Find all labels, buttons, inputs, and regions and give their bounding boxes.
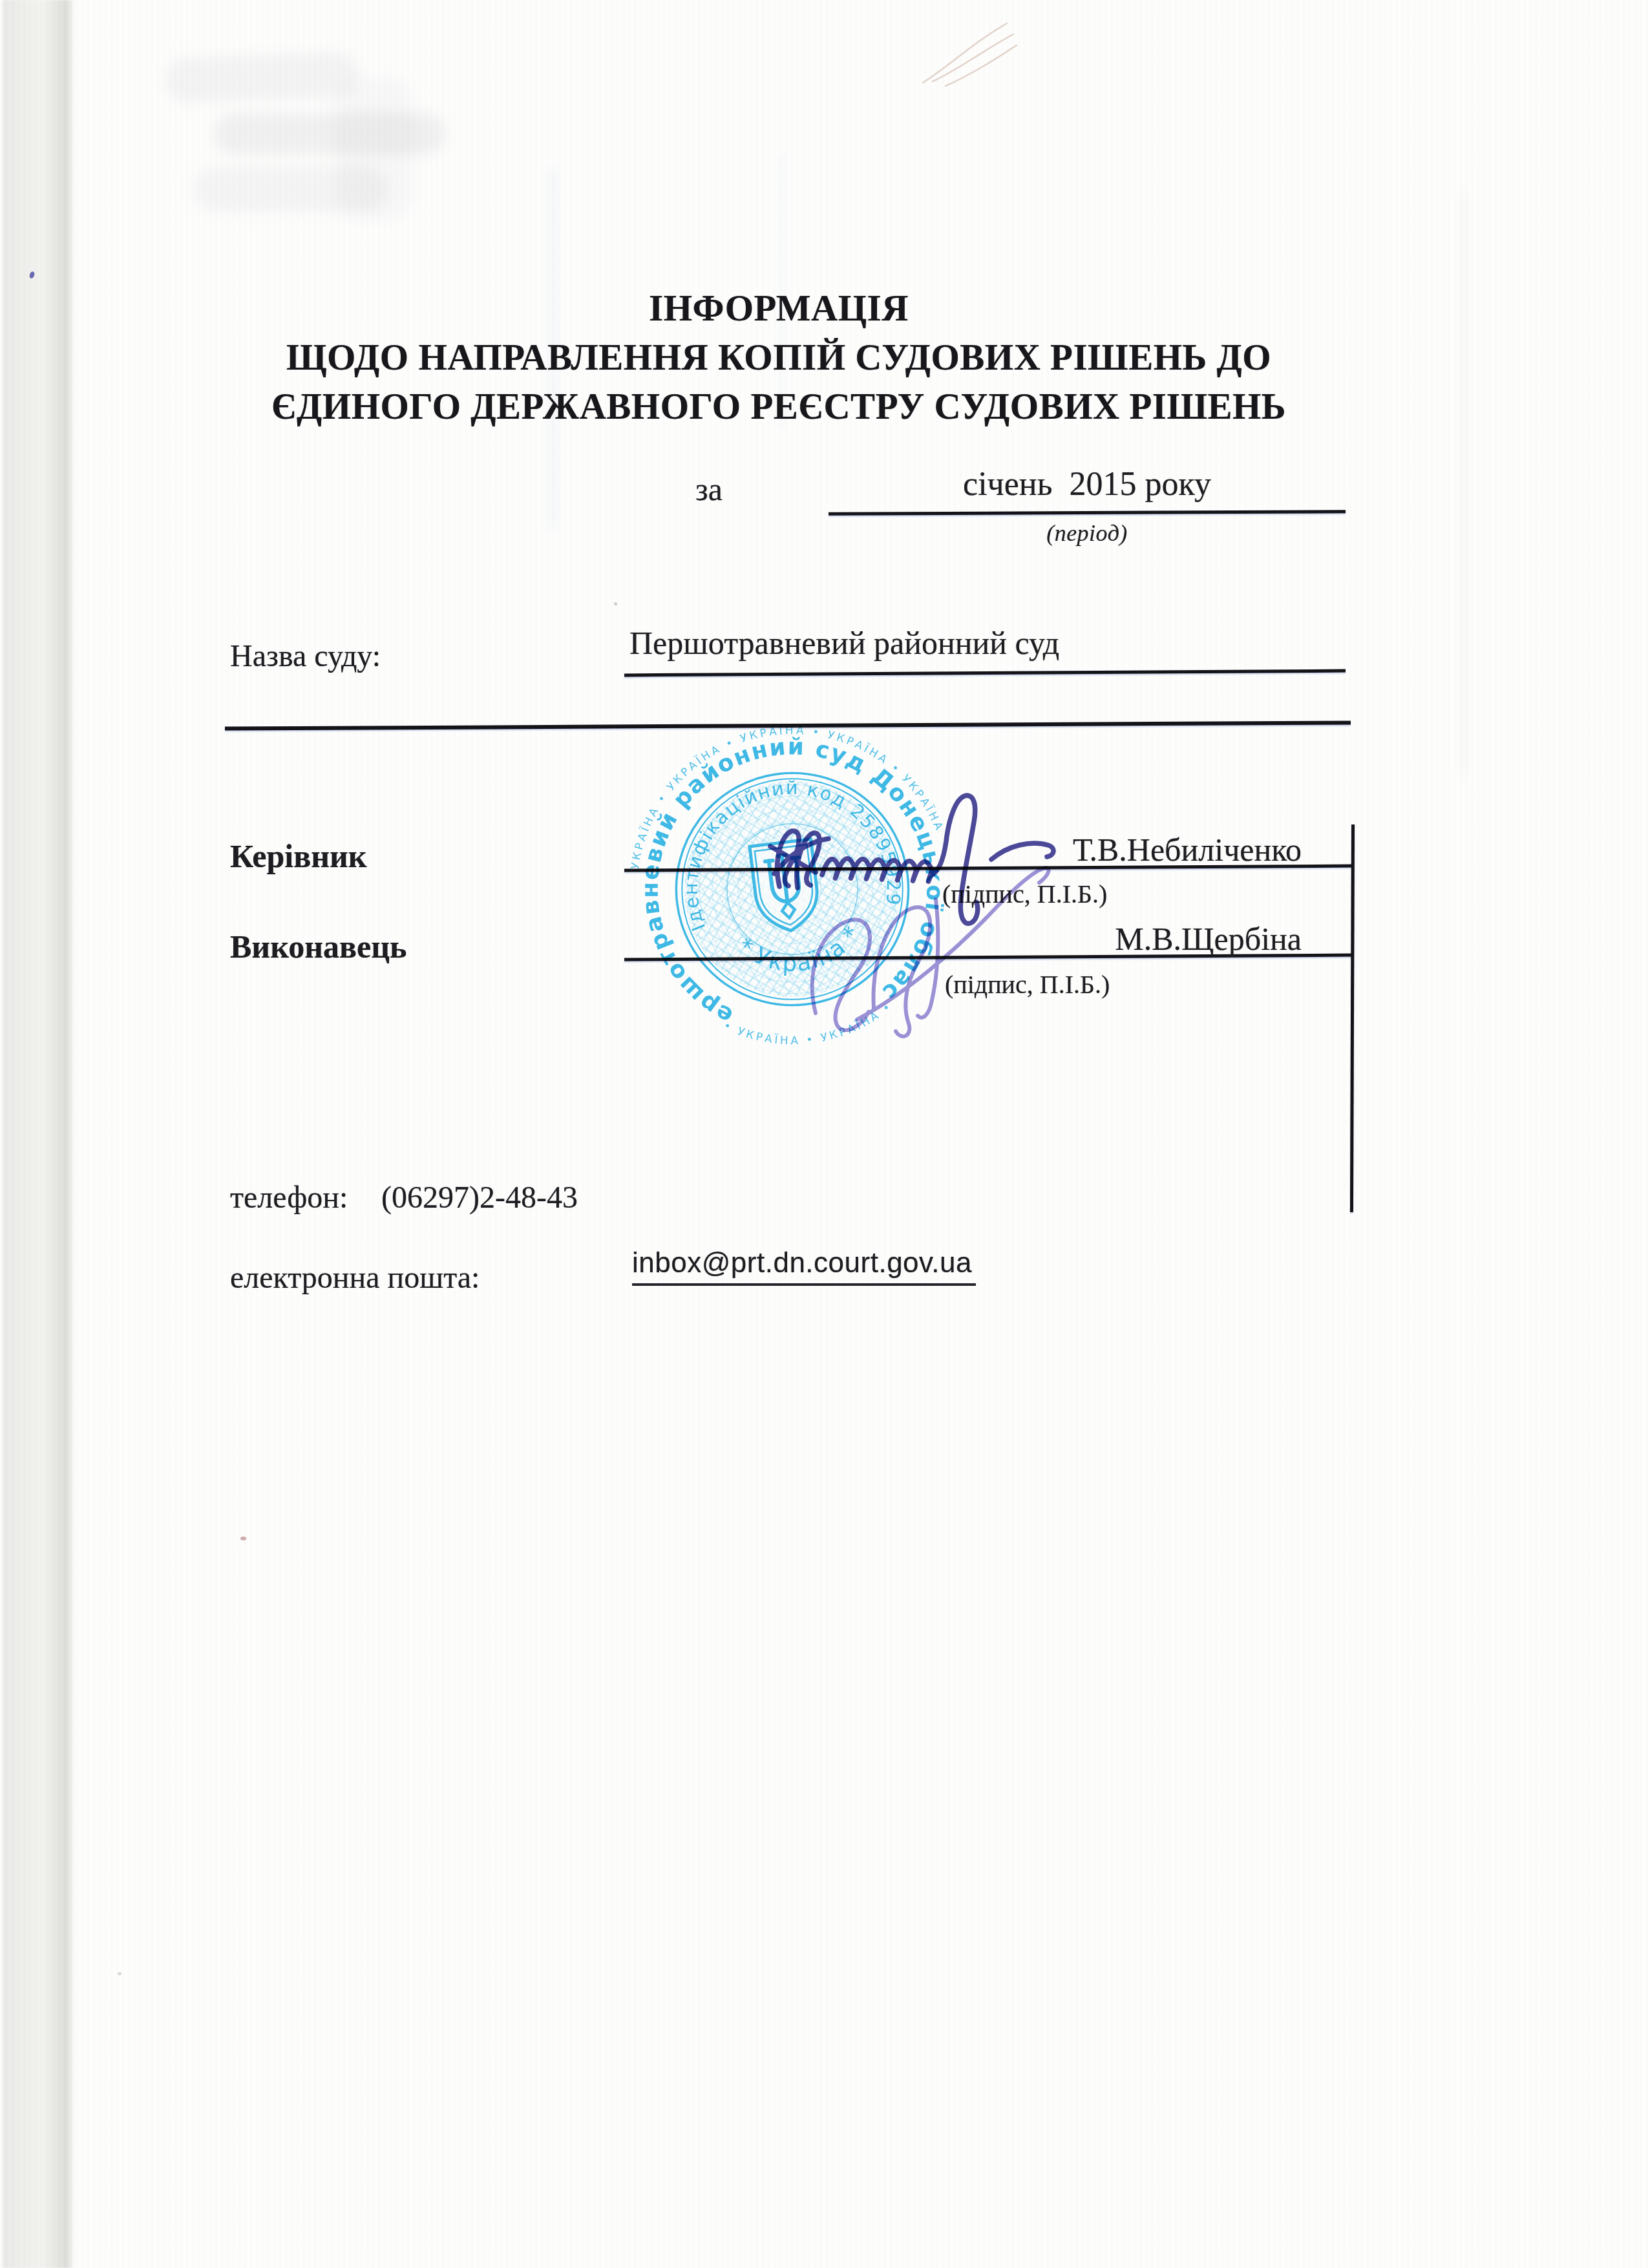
court-name-label: Назва суду: xyxy=(230,638,381,674)
signer-role-executor: Виконавець xyxy=(230,928,407,965)
court-name-underline xyxy=(624,669,1346,677)
phone-label: телефон: xyxy=(230,1180,348,1215)
head-signature-ink xyxy=(770,795,1053,923)
title-line-3: ЄДИНОГО ДЕРЖАВНОГО РЕЄСТРУ СУДОВИХ РІШЕН… xyxy=(39,383,1519,432)
executor-signature-ink xyxy=(812,868,1049,1036)
ink-speck xyxy=(118,1972,121,1975)
scanned-document-page: ІНФОРМАЦІЯ ЩОДО НАПРАВЛЕННЯ КОПІЙ СУДОВИ… xyxy=(0,0,1648,2268)
court-name-value: Першотравневий районний суд xyxy=(629,624,1059,662)
title-line-1: ІНФОРМАЦІЯ xyxy=(39,284,1519,333)
right-vertical-rule xyxy=(1350,824,1355,1212)
period-caption: (період) xyxy=(829,520,1346,547)
ink-speck xyxy=(240,1537,246,1540)
scan-smudge xyxy=(336,78,414,220)
scan-smudge xyxy=(164,52,359,103)
email-label: електронна пошта: xyxy=(230,1260,480,1296)
signer-role-head: Керівник xyxy=(230,837,367,875)
handwritten-signatures xyxy=(679,762,1209,1073)
period-underline xyxy=(829,510,1346,515)
phone-value: (06297)2-48-43 xyxy=(381,1180,578,1215)
scan-streak xyxy=(1459,194,1468,775)
ink-speck xyxy=(614,602,617,605)
document-title: ІНФОРМАЦІЯ ЩОДО НАПРАВЛЕННЯ КОПІЙ СУДОВИ… xyxy=(39,284,1519,432)
email-value: inbox@prt.dn.court.gov.ua xyxy=(632,1247,976,1286)
pencil-smudge xyxy=(910,5,1039,96)
period-value: січень 2015 року xyxy=(829,465,1346,503)
title-line-2: ЩОДО НАПРАВЛЕННЯ КОПІЙ СУДОВИХ РІШЕНЬ ДО xyxy=(39,333,1519,383)
period-prefix-label: за xyxy=(695,470,723,508)
